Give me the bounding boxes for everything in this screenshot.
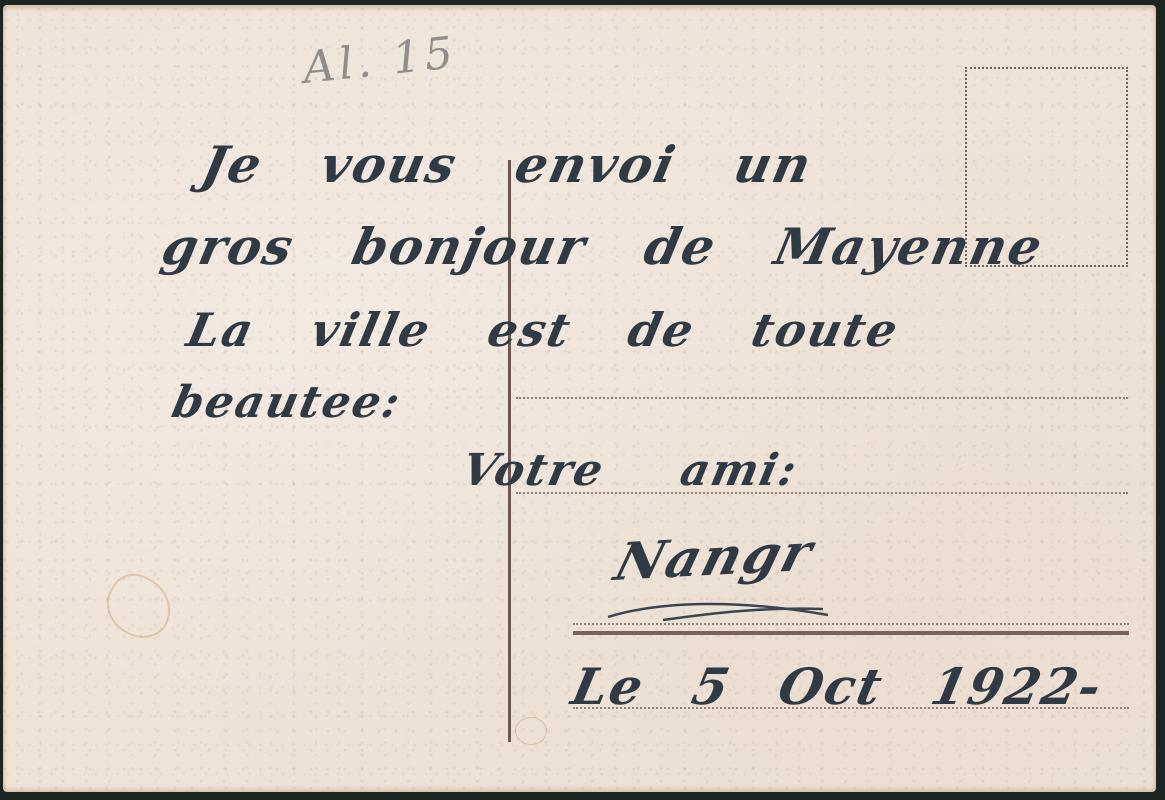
address-line-1 (516, 397, 1128, 399)
address-thick-rule (573, 631, 1129, 635)
signature: Nangr (608, 522, 820, 593)
message-line-3: La ville est de toute (182, 303, 904, 357)
closing-line: Votre ami: (458, 445, 803, 496)
paper-stain (96, 564, 183, 648)
message-line-1: Je vous envoi un (197, 135, 818, 194)
message-line-2: gros bonjour de Mayenne (157, 217, 1049, 276)
scan-background: Al. 15 Je vous envoi un gros bonjour de … (0, 0, 1165, 800)
date-line: Le 5 Oct 1922- (567, 657, 1109, 716)
postcard-back: Al. 15 Je vous envoi un gros bonjour de … (3, 5, 1156, 792)
signature-flourish-icon (603, 595, 833, 625)
pencil-annotation: Al. 15 (301, 27, 459, 94)
message-line-4: beautee: (168, 377, 407, 428)
paper-stain-small (515, 717, 547, 745)
